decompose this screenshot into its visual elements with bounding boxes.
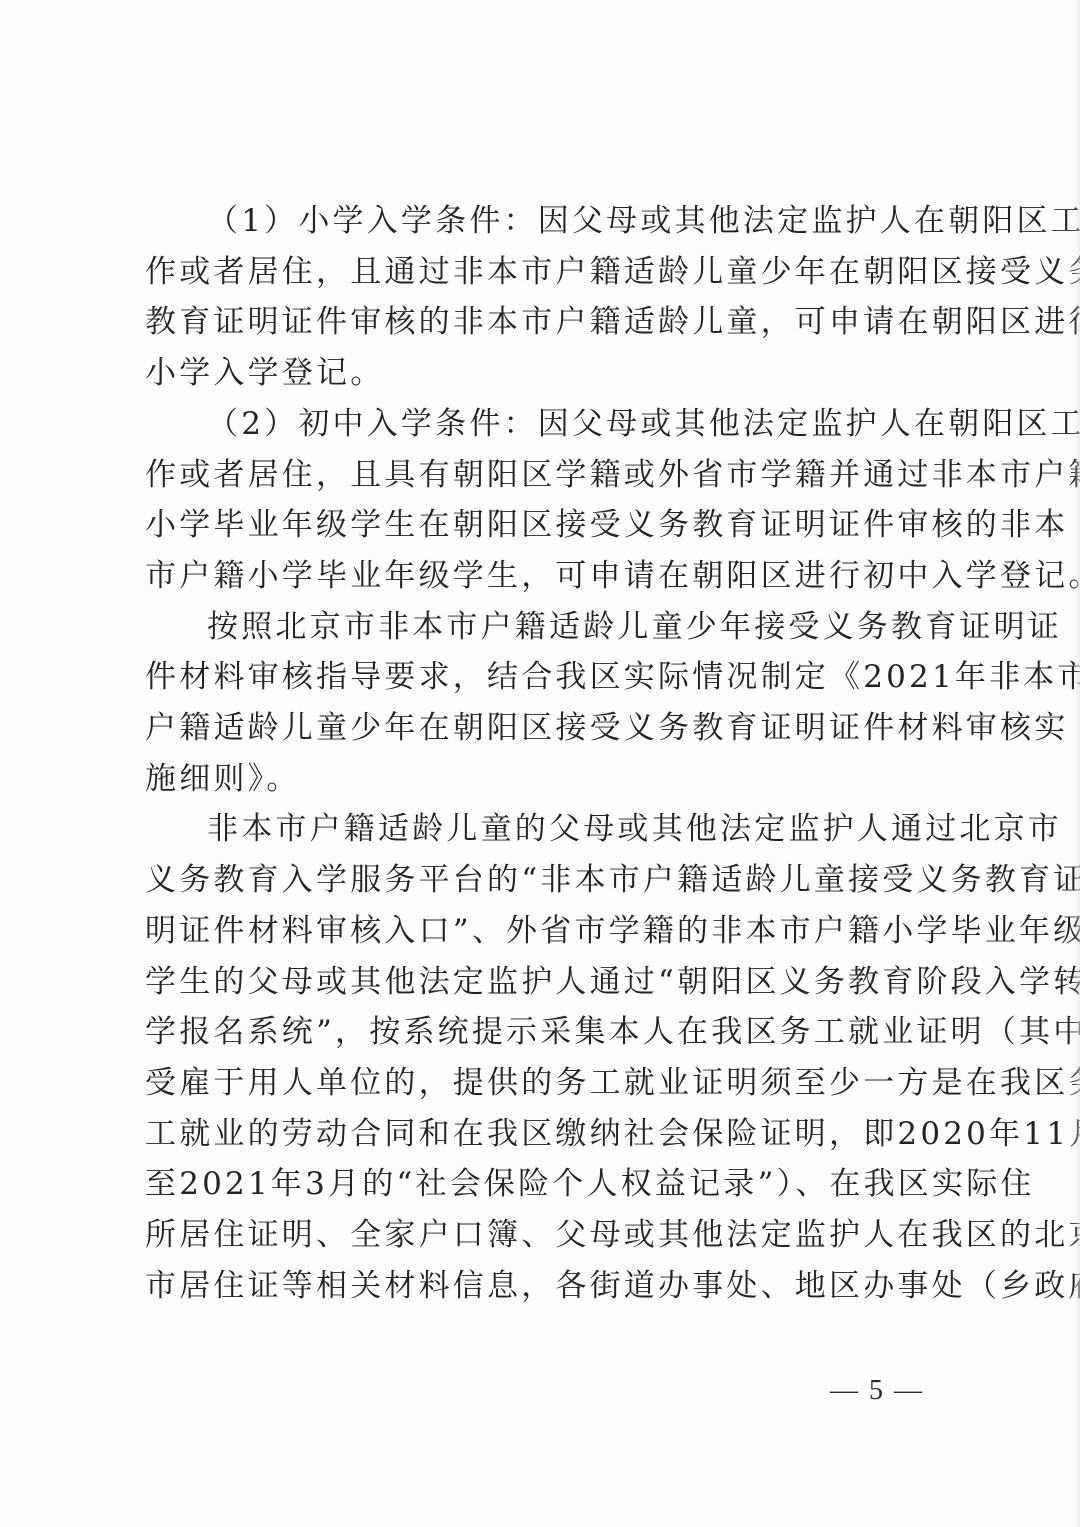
text-line: 市户籍小学毕业年级学生，可申请在朝阳区进行初中入学登记。 <box>145 551 960 602</box>
text-line: 学报名系统”，按系统提示采集本人在我区务工就业证明（其中： <box>145 1007 960 1058</box>
text-line: 小学毕业年级学生在朝阳区接受义务教育证明证件审核的非本 <box>145 500 960 551</box>
text-line: 非本市户籍适龄儿童的父母或其他法定监护人通过北京市 <box>145 804 960 855</box>
text-line: 市居住证等相关材料信息，各街道办事处、地区办事处（乡政府） <box>145 1261 960 1312</box>
text-line: 件材料审核指导要求，结合我区实际情况制定《2021年非本市 <box>145 652 960 703</box>
text-line: 作或者居住，且通过非本市户籍适龄儿童少年在朝阳区接受义务 <box>145 247 960 298</box>
document-page: （1）小学入学条件：因父母或其他法定监护人在朝阳区工 作或者居住，且通过非本市户… <box>0 0 1080 1527</box>
text-line: 受雇于用人单位的，提供的务工就业证明须至少一方是在我区务 <box>145 1058 960 1109</box>
text-line: 至2021年3月的“社会保险个人权益记录”）、在我区实际住 <box>145 1159 960 1210</box>
text-line: 施细则》。 <box>145 754 960 805</box>
text-line: 教育证明证件审核的非本市户籍适龄儿童，可申请在朝阳区进行 <box>145 297 960 348</box>
paragraph-middle-school-conditions: （2）初中入学条件：因父母或其他法定监护人在朝阳区工 作或者居住，且具有朝阳区学… <box>145 399 960 602</box>
text-line: 按照北京市非本市户籍适龄儿童少年接受义务教育证明证 <box>145 602 960 653</box>
text-line: 工就业的劳动合同和在我区缴纳社会保险证明，即2020年11月 <box>145 1109 960 1160</box>
text-line: 所居住证明、全家户口簿、父母或其他法定监护人在我区的北京 <box>145 1210 960 1261</box>
paragraph-primary-school-conditions: （1）小学入学条件：因父母或其他法定监护人在朝阳区工 作或者居住，且通过非本市户… <box>145 196 960 399</box>
text-line: 明证件材料审核入口”、外省市学籍的非本市户籍小学毕业年级 <box>145 906 960 957</box>
text-line: （2）初中入学条件：因父母或其他法定监护人在朝阳区工 <box>145 399 960 450</box>
document-body: （1）小学入学条件：因父母或其他法定监护人在朝阳区工 作或者居住，且通过非本市户… <box>145 196 960 1311</box>
page-number: — 5 — <box>822 1375 932 1407</box>
text-line: 小学入学登记。 <box>145 348 960 399</box>
text-line: 义务教育入学服务平台的“非本市户籍适龄儿童接受义务教育证 <box>145 855 960 906</box>
paragraph-implementation-rules: 按照北京市非本市户籍适龄儿童少年接受义务教育证明证 件材料审核指导要求，结合我区… <box>145 602 960 805</box>
text-line: 学生的父母或其他法定监护人通过“朝阳区义务教育阶段入学转 <box>145 957 960 1008</box>
paragraph-application-procedure: 非本市户籍适龄儿童的父母或其他法定监护人通过北京市 义务教育入学服务平台的“非本… <box>145 804 960 1311</box>
text-line: 作或者居住，且具有朝阳区学籍或外省市学籍并通过非本市户籍 <box>145 450 960 501</box>
text-line: （1）小学入学条件：因父母或其他法定监护人在朝阳区工 <box>145 196 960 247</box>
text-line: 户籍适龄儿童少年在朝阳区接受义务教育证明证件材料审核实 <box>145 703 960 754</box>
